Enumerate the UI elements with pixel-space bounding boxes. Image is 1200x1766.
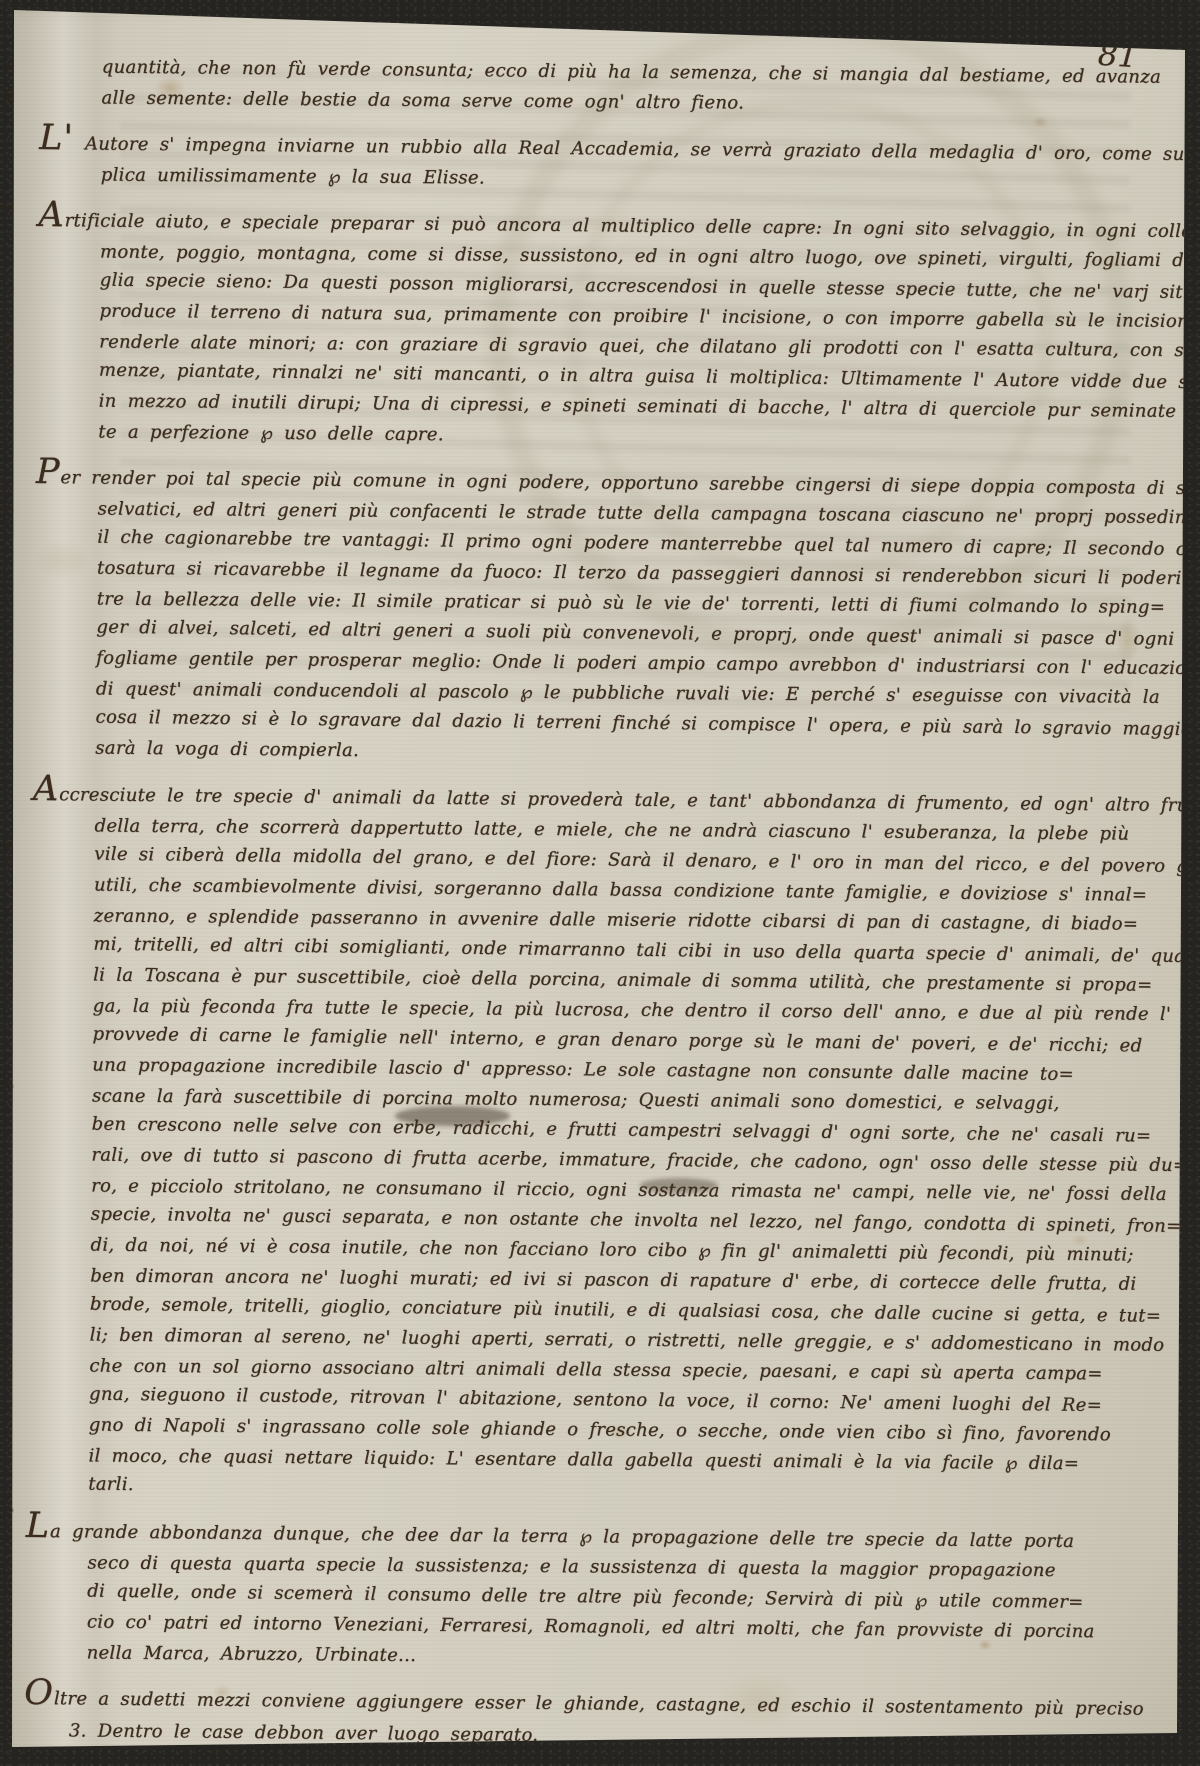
paragraph: Per render poi tal specie più comune in … bbox=[33, 457, 1184, 774]
margin-bleed-mark: ı bbox=[0, 485, 14, 490]
paragraph: L' Autore s' impegna inviarne un rubbio … bbox=[39, 123, 1188, 200]
margin-bleed-mark: ∫ bbox=[0, 202, 15, 211]
paragraph: Artificiale aiuto, e speciale preparar s… bbox=[36, 200, 1186, 457]
manuscript-text: quantità, che non fù verde consunta; ecc… bbox=[24, 52, 1188, 1766]
paragraph: quantità, che non fù verde consunta; ecc… bbox=[39, 52, 1188, 123]
paragraph: La grande abbondanza dunque, che dee dar… bbox=[24, 1511, 1173, 1678]
margin-bleed-mark: ∫ bbox=[0, 504, 15, 513]
manuscript-page: 81 quantità, che non fù verde consunta; … bbox=[0, 0, 1200, 1766]
paragraph: Accresciute le tre specie d' animali da … bbox=[26, 774, 1181, 1511]
